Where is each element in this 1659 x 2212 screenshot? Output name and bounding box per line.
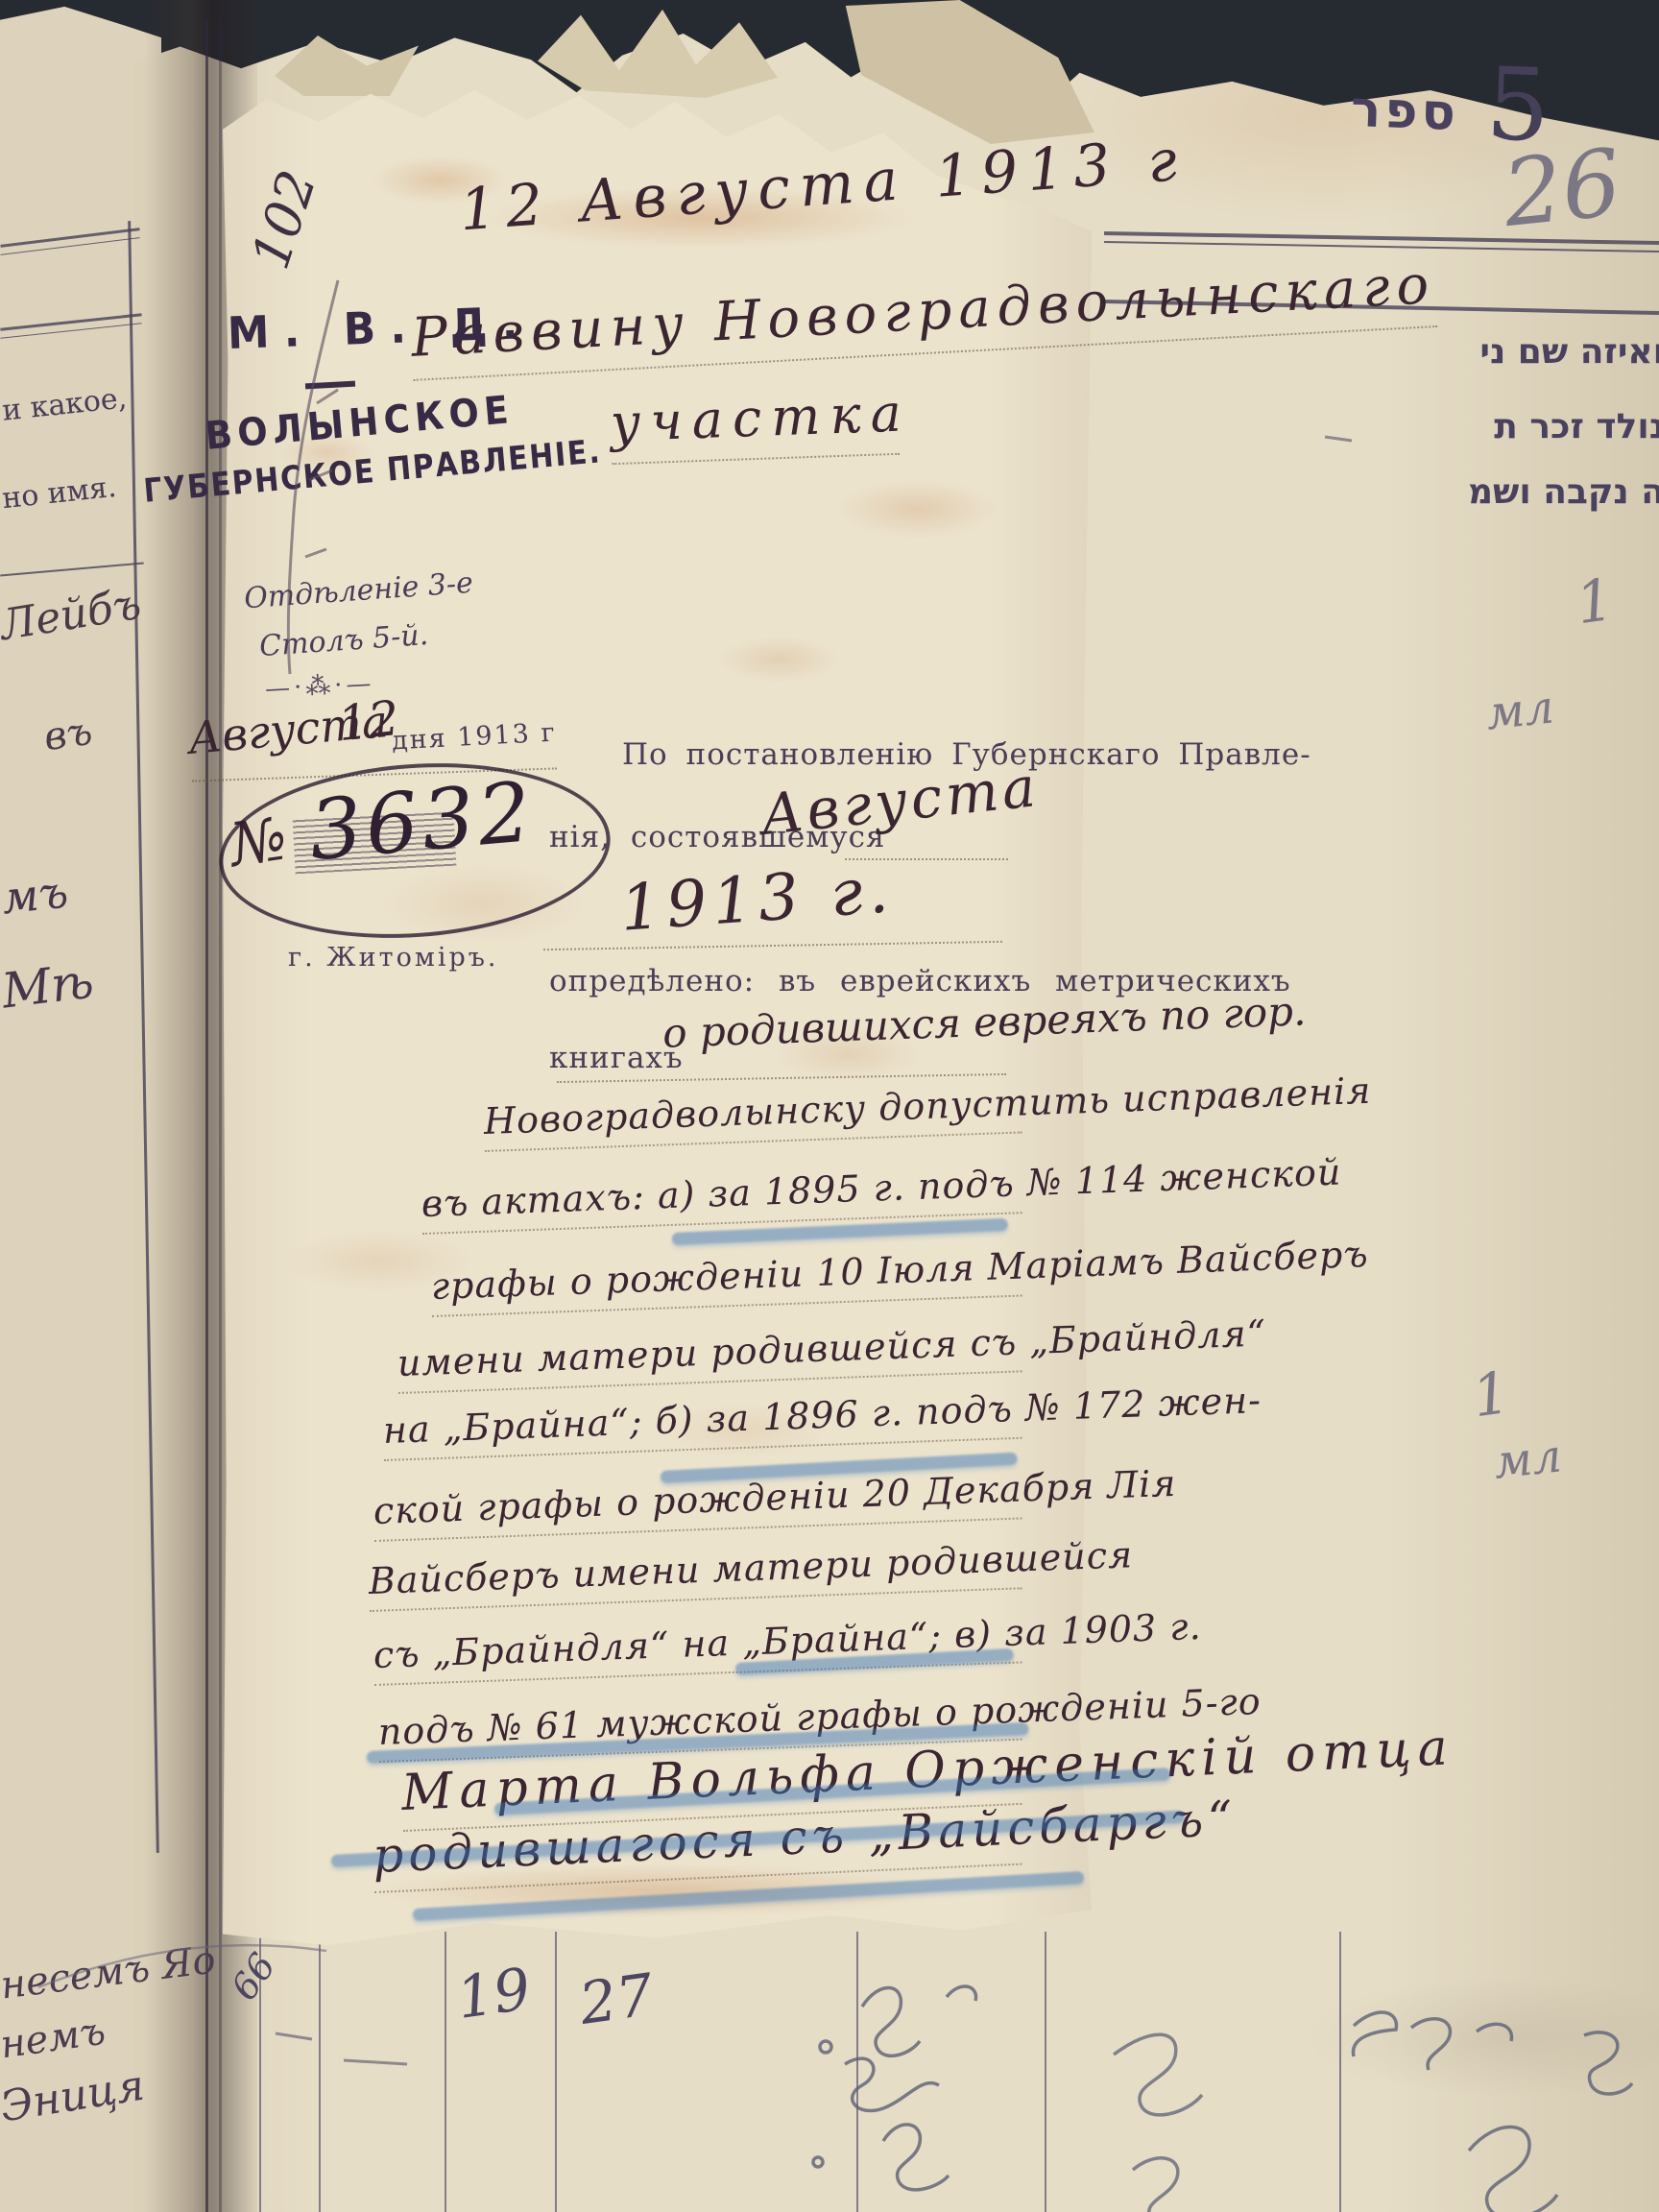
hebrew-column-header: ואיזה שם ני [1479, 332, 1659, 372]
register-column-line [555, 1932, 557, 2212]
margin-mark: мл [1483, 680, 1556, 740]
register-column-line [1045, 1932, 1046, 2212]
left-page-handwriting: мъ [0, 866, 70, 925]
register-column-line [445, 1932, 446, 2212]
column-number: 27 [576, 1961, 658, 2038]
register-column-line [1339, 1932, 1341, 2212]
register-column-line [319, 1932, 321, 2212]
hebrew-book-title: ספר [1350, 81, 1460, 142]
margin-mark: мл [1491, 1429, 1564, 1489]
register-column-line [856, 1932, 858, 2212]
gutter-fold-line [219, 19, 222, 2212]
column-number: 19 [453, 1956, 535, 2032]
written-entry-number: 26 [1498, 129, 1625, 248]
gutter-fold-line [205, 19, 208, 2212]
left-page-handwriting: въ [41, 709, 95, 760]
photo-of-archival-document: и какое, но имя. Лейбъ въ мъ Мѣ несемъ Я… [0, 0, 1659, 2212]
hebrew-column-header: נולד זכר ת [1494, 407, 1659, 446]
addressee-line: участка [610, 383, 900, 465]
torn-paper-flap [538, 6, 778, 98]
hebrew-column-header: ה נקבה ושמ [1468, 472, 1659, 512]
left-page-handwriting: Мѣ [0, 952, 96, 1019]
letterhead-city: г. Житоміръ. [288, 943, 499, 973]
letterhead-ministry: М. В. Д. [227, 297, 533, 359]
